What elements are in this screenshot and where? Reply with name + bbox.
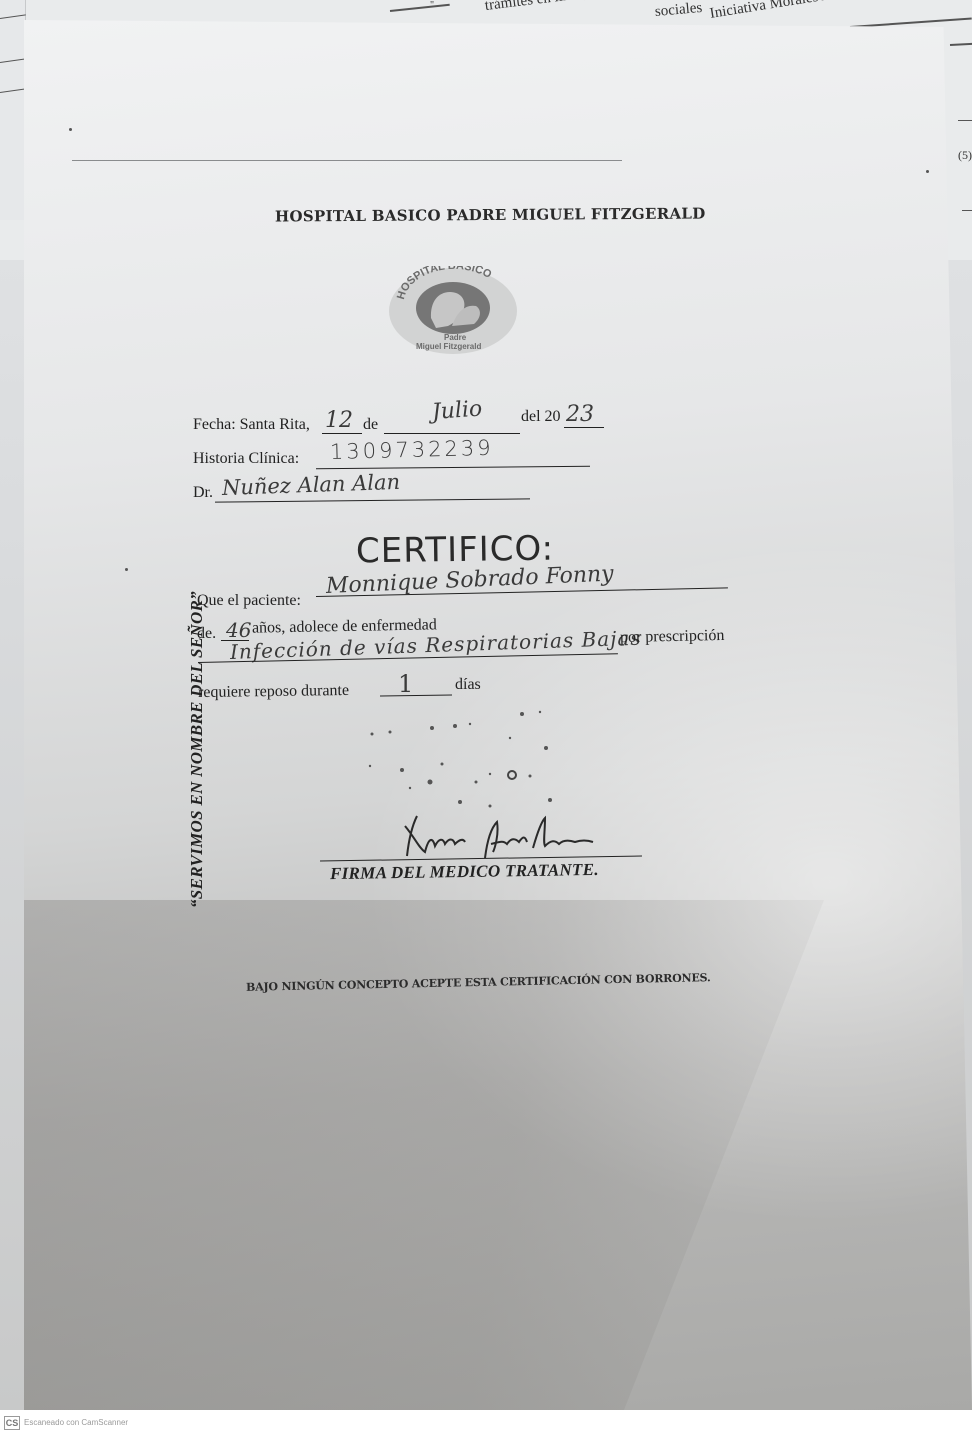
days-value: 1 <box>398 670 413 698</box>
hospital-name: HOSPITAL BASICO PADRE MIGUEL FITZGERALD <box>275 204 706 225</box>
svg-text:Miguel Fitzgerald: Miguel Fitzgerald <box>416 342 481 351</box>
paper-speck <box>125 568 128 571</box>
month-value: Julio <box>431 397 483 425</box>
scanner-footer: CS Escaneado con CamScanner <box>0 1410 972 1437</box>
historia-clinica-value: 1309732239 <box>330 436 494 464</box>
underlying-text: (5) <box>958 148 972 163</box>
day-value: 12 <box>325 408 353 433</box>
motto-vertical: “SERVIMOS EN NOMBRE DEL SEÑOR” <box>187 591 207 908</box>
underlying-page-edge <box>0 0 26 220</box>
svg-text:Padre: Padre <box>444 333 467 342</box>
doctor-label: Dr. <box>193 484 213 502</box>
hospital-logo: HOSPITAL BÁSICO Padre Miguel Fitzgerald <box>386 266 520 356</box>
founder-portrait-icon: HOSPITAL BÁSICO Padre Miguel Fitzgerald <box>386 266 520 356</box>
underlying-text: " <box>430 0 434 11</box>
year-prefix-label: del 20 <box>521 408 561 426</box>
year-value: 23 <box>566 402 594 427</box>
header-rule <box>72 160 622 161</box>
paper-speck <box>69 128 72 131</box>
month-underline <box>384 433 520 434</box>
de-label: de <box>363 416 378 434</box>
signature-label: FIRMA DEL MEDICO TRATANTE. <box>330 860 599 884</box>
dias-label: días <box>455 676 481 694</box>
paper-speck <box>926 170 929 173</box>
stamp-residue <box>350 708 570 808</box>
scanner-watermark: Escaneado con CamScanner <box>24 1418 128 1427</box>
prescripcion-label: por prescripción <box>620 627 725 647</box>
day-underline <box>322 433 362 434</box>
historia-clinica-label: Historia Clínica: <box>193 450 299 468</box>
reposo-label: requiere reposo durante <box>198 682 349 702</box>
year-underline <box>564 427 604 428</box>
underlying-rule <box>958 120 972 121</box>
underlying-rule <box>962 210 972 211</box>
paciente-label: Que el paciente: <box>197 592 301 610</box>
fecha-label: Fecha: Santa Rita, <box>193 416 310 434</box>
camscanner-logo-icon: CS <box>4 1416 20 1430</box>
